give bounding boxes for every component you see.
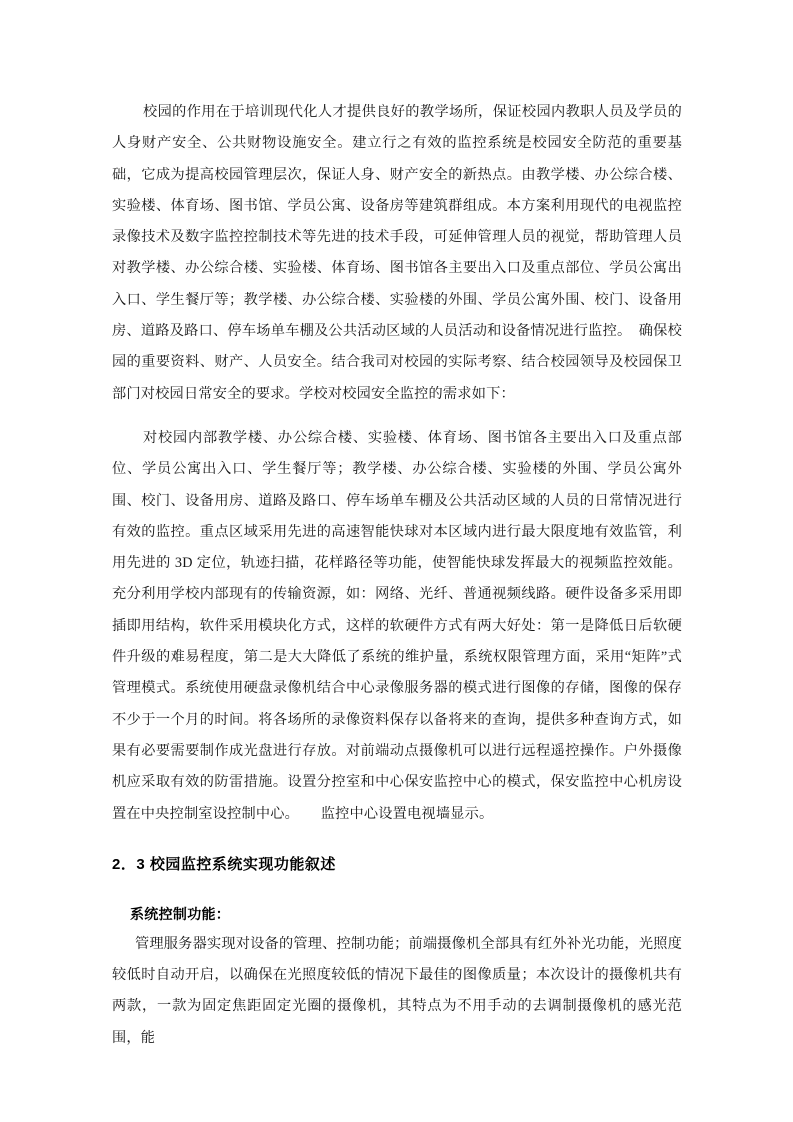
section-heading: 2．3 校园监控系统实现功能叙述 bbox=[112, 850, 682, 880]
paragraph-system-control-function: 管理服务器实现对设备的管理、控制功能；前端摄像机全部具有红外补光功能，光照度较低… bbox=[112, 929, 682, 1054]
document-content: 校园的作用在于培训现代化人才提供良好的教学场所，保证校园内教职人员及学员的人身财… bbox=[112, 97, 682, 1054]
subsection-title: 系统控制功能： bbox=[130, 899, 682, 929]
paragraph-monitoring-requirements: 对校园内部教学楼、办公综合楼、实验楼、体育场、图书馆各主要出入口及重点部位、学员… bbox=[112, 423, 682, 830]
paragraph-campus-overview: 校园的作用在于培训现代化人才提供良好的教学场所，保证校园内教职人员及学员的人身财… bbox=[112, 97, 682, 410]
document-page: 校园的作用在于培训现代化人才提供良好的教学场所，保证校园内教职人员及学员的人身财… bbox=[0, 0, 793, 1122]
